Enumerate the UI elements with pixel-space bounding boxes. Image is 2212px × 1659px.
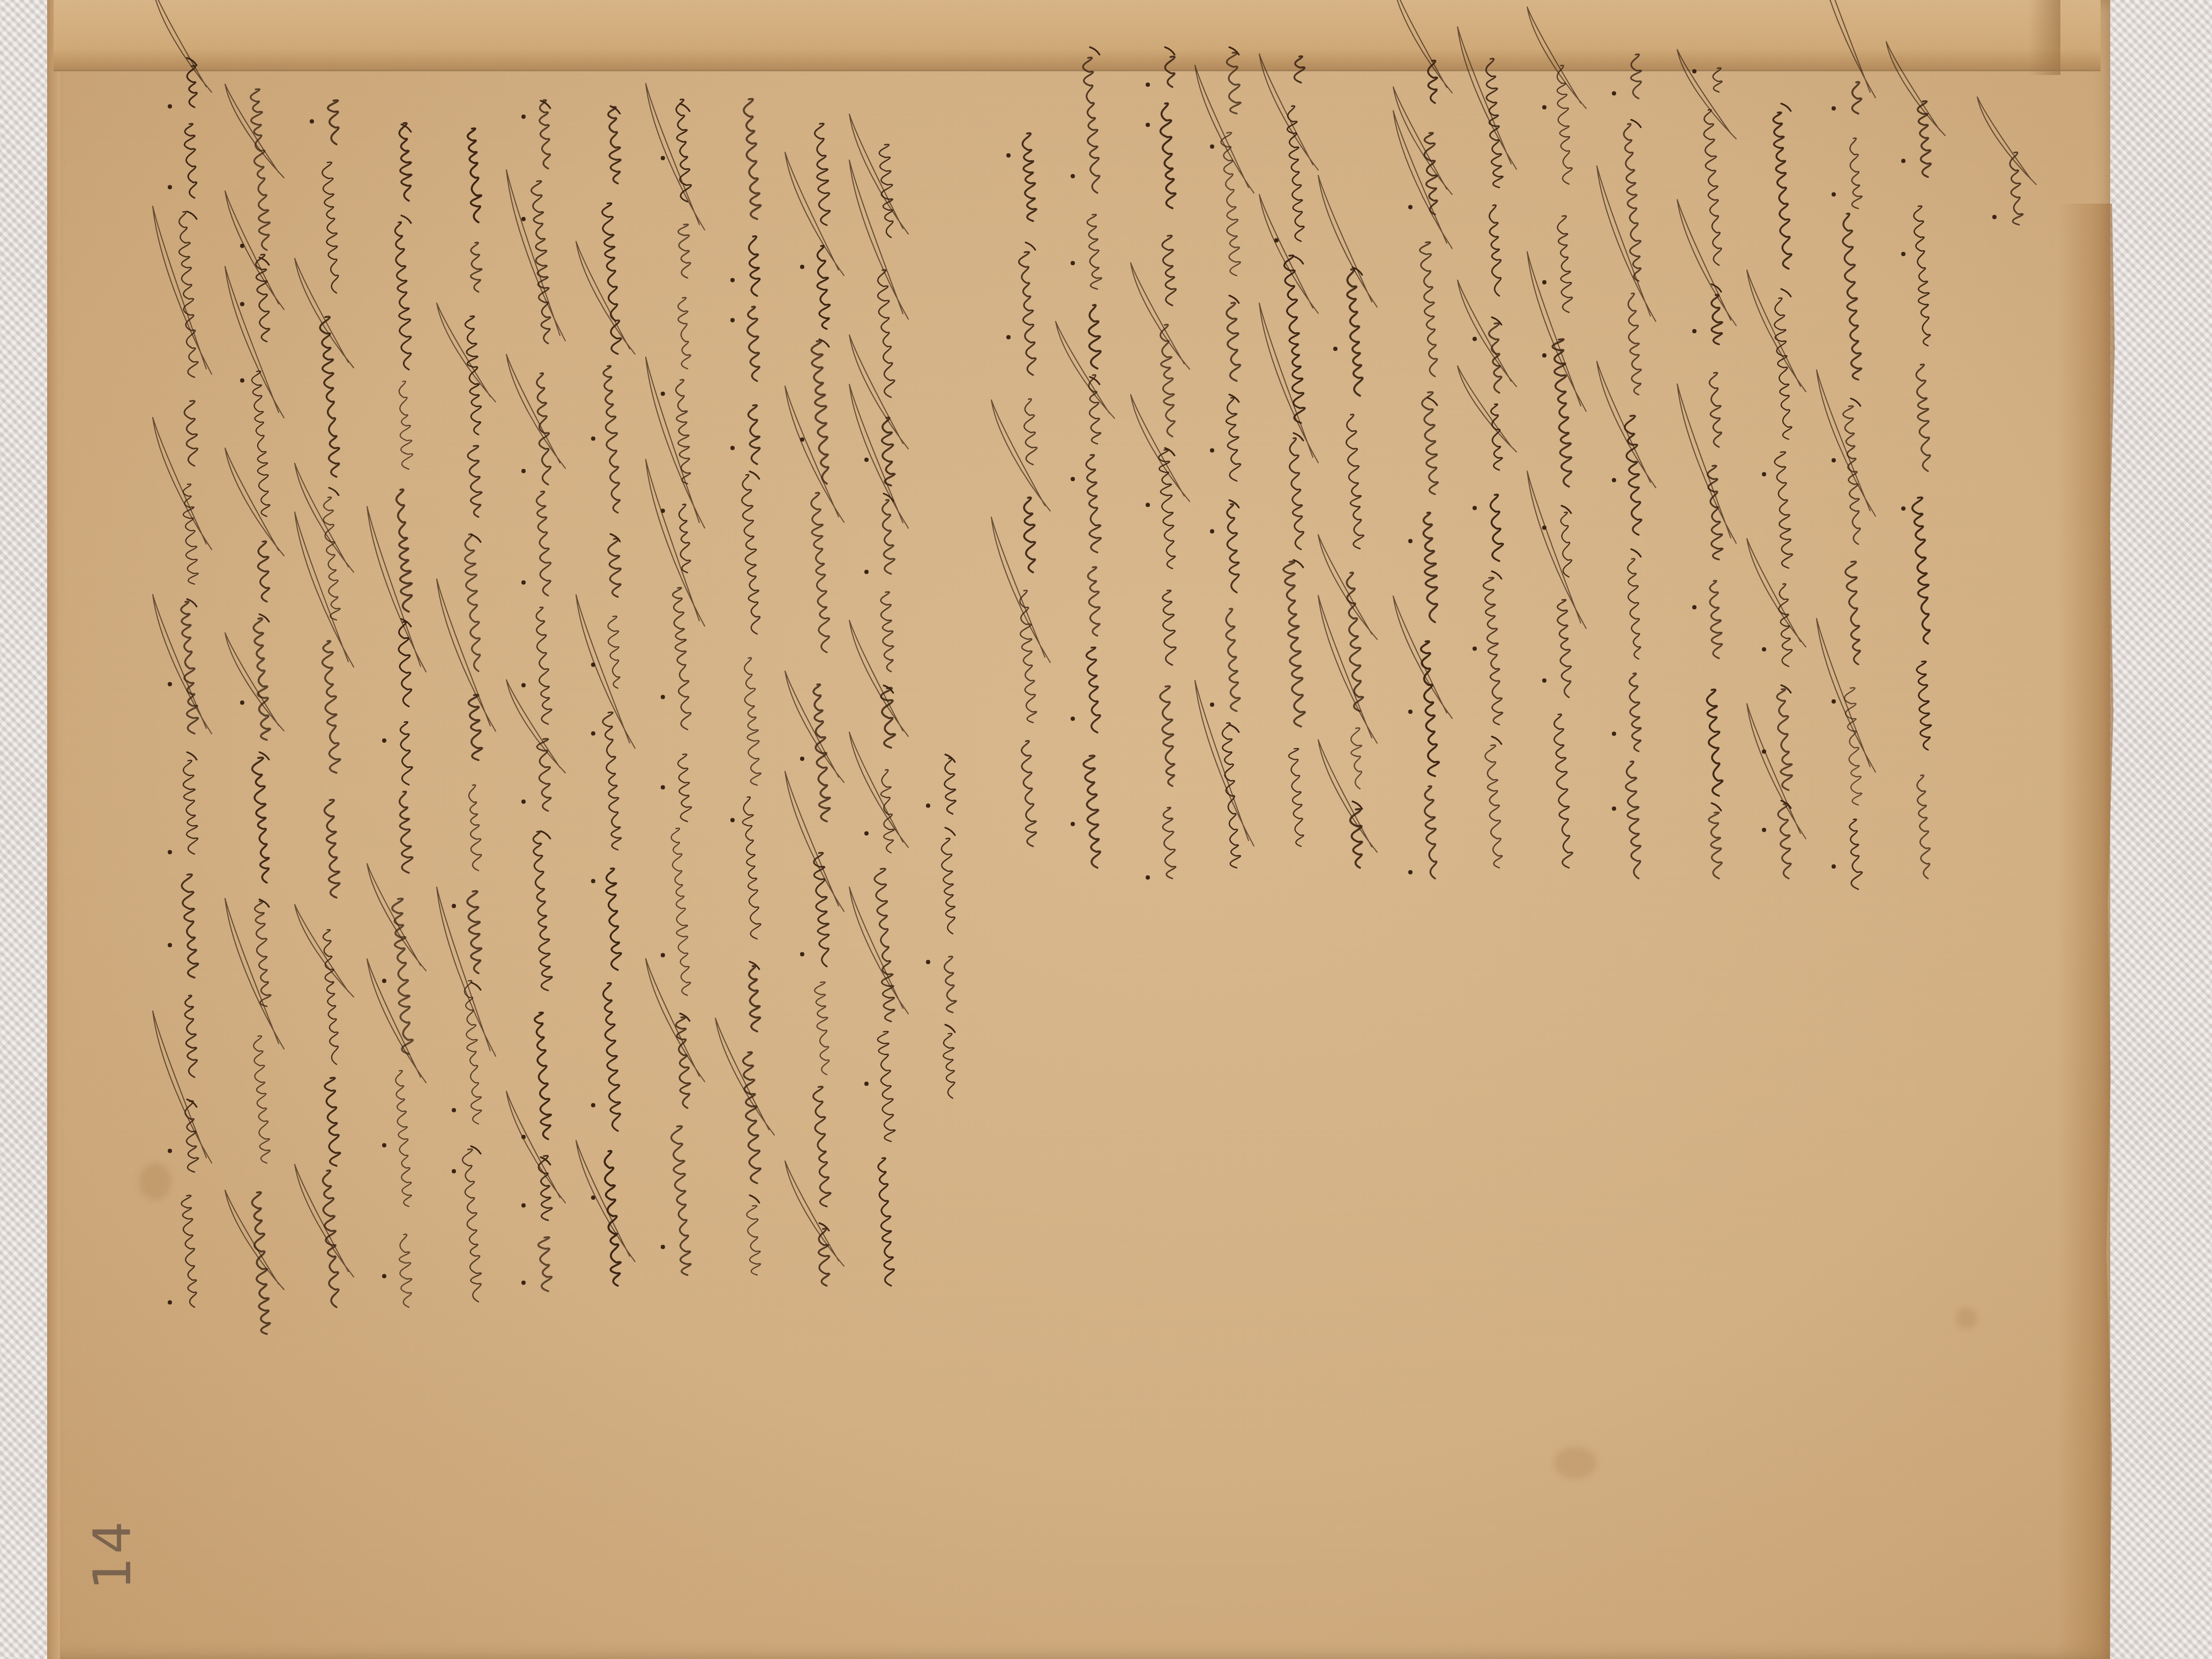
manuscript-line — [1259, 54, 1318, 847]
manuscript-line — [1318, 175, 1377, 868]
manuscript-line — [367, 123, 426, 1307]
manuscript-line — [1747, 103, 1806, 879]
manuscript-line — [646, 84, 705, 1276]
manuscript-line — [1597, 54, 1656, 879]
manuscript-line — [1677, 50, 1736, 879]
manuscript-line — [991, 133, 1050, 847]
manuscript-line — [506, 100, 565, 1291]
page-number: 14 — [80, 1522, 145, 1586]
manuscript-line — [225, 84, 284, 1334]
manuscript-line — [1056, 47, 1115, 868]
manuscript-line — [1393, 0, 1452, 879]
manuscript-line — [715, 99, 774, 1275]
manuscript-line — [295, 100, 354, 1307]
manuscript-line — [1886, 42, 1945, 879]
manuscript-line — [785, 123, 844, 1286]
manuscript-line — [1131, 47, 1190, 879]
manuscript-line — [1458, 27, 1516, 868]
manuscript-line — [153, 0, 212, 1307]
manuscript-line — [576, 106, 635, 1286]
manuscript-line — [1195, 47, 1254, 868]
manuscript-line — [849, 114, 908, 1286]
manuscript-line — [1977, 97, 2036, 225]
manuscript-line — [1527, 7, 1586, 868]
manuscript-line — [1817, 0, 1875, 890]
manuscript-line — [437, 128, 496, 1302]
handwriting-layer — [0, 0, 2212, 1659]
manuscript-line — [926, 754, 958, 1098]
